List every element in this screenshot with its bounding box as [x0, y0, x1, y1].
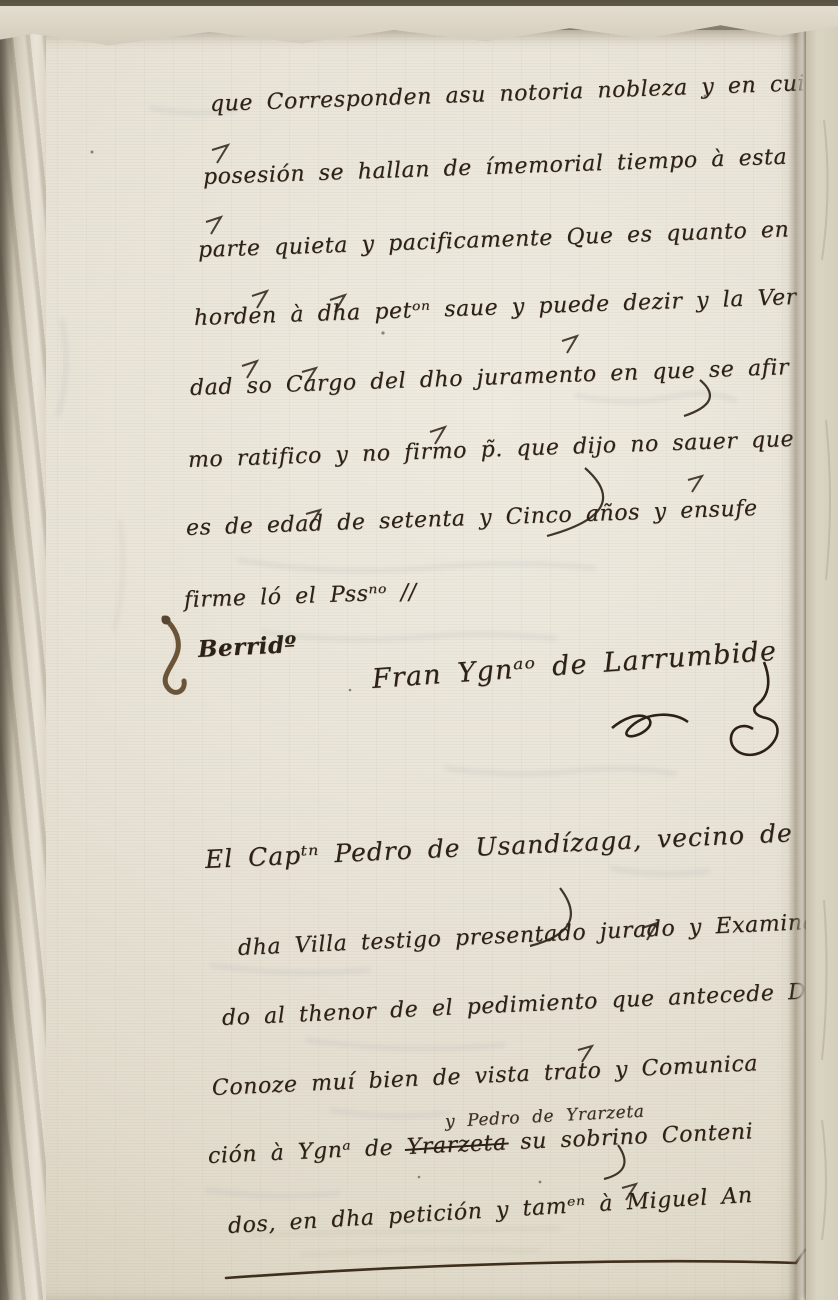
manuscript-scan: que Corresponden asu notoria nobleza y e… — [0, 0, 838, 1300]
next-page-edge — [806, 0, 838, 1300]
page-curl-edge — [788, 0, 808, 1300]
left-edge-shadow — [0, 0, 14, 1300]
notary-abbreviation: Berridº — [197, 631, 297, 663]
crossed-out-name: Yrarzeta — [406, 1130, 507, 1160]
